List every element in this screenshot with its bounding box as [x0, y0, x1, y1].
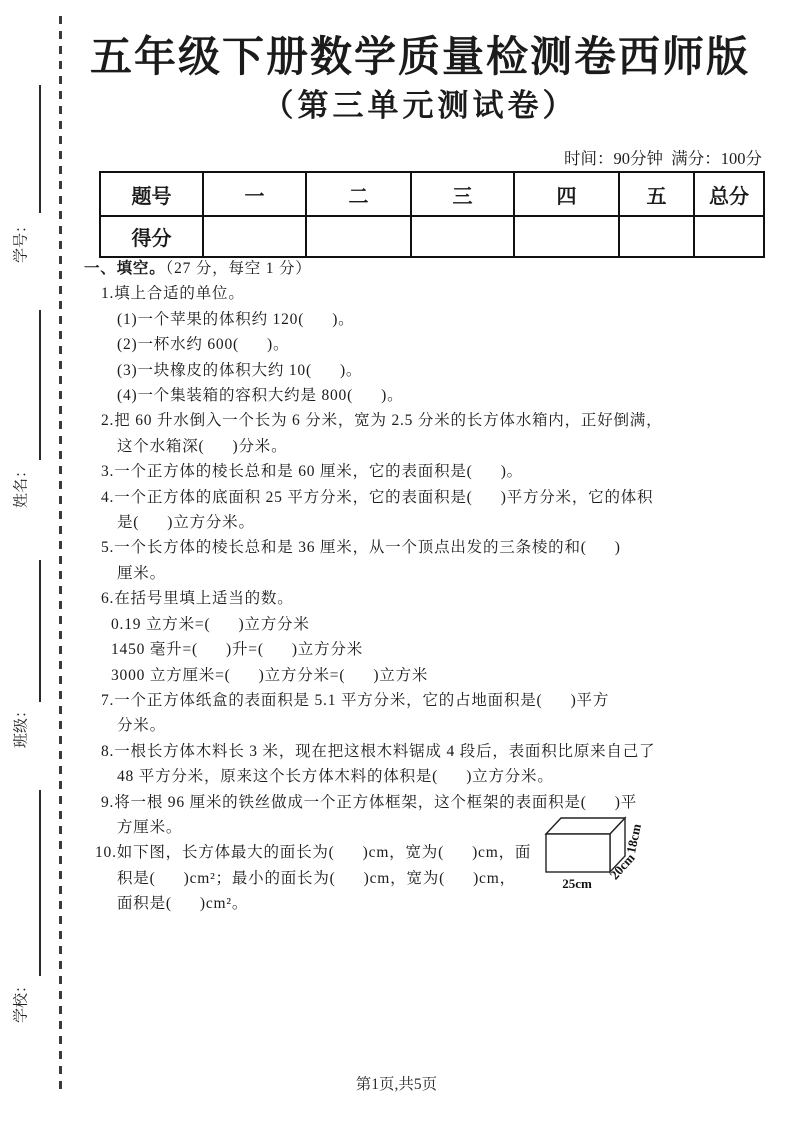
time-and-score-info: 时间：90分钟 满分：100分: [564, 145, 762, 169]
score-row-label: 得分: [100, 216, 203, 257]
text-line: 9.将一根 96 厘米的铁丝做成一个正方体框架，这个框架的表面积是( )平: [101, 790, 779, 815]
text-line: (2)一杯水约 600( )。: [117, 332, 779, 357]
score-cell: [514, 216, 619, 257]
text-line: 厘米。: [117, 561, 779, 586]
class-label: 班级：: [10, 700, 31, 752]
score-cell: [306, 216, 411, 257]
cuboid-front-face: [546, 834, 610, 872]
score-table-header-cell: 题号: [100, 172, 203, 216]
score-cell: [411, 216, 514, 257]
score-table-score-row: 得分: [100, 216, 764, 257]
name-blank-line: [39, 310, 41, 460]
text-line: 积是( )cm²；最小的面长为( )cm，宽为( )cm，: [117, 866, 779, 891]
text-line: (4)一个集装箱的容积大约是 800( )。: [117, 383, 779, 408]
text-line: 4.一个正方体的底面积 25 平方分米，它的表面积是( )平方分米，它的体积: [101, 485, 779, 510]
binding-dashed-line: [59, 16, 62, 1094]
text-line: 方厘米。: [117, 815, 779, 840]
cuboid-length-label: 25cm: [562, 876, 592, 891]
name-label: 姓名：: [10, 460, 31, 512]
text-line: 3000 立方厘米=( )立方分米=( )立方米: [111, 663, 779, 688]
text-line: 0.19 立方米=( )立方分米: [111, 612, 779, 637]
score-cell: [619, 216, 694, 257]
class-blank-line: [39, 560, 41, 702]
text-line: 是( )立方分米。: [117, 510, 779, 535]
page-number: 第1页,共5页: [0, 1072, 793, 1094]
score-table-header-cell: 二: [306, 172, 411, 216]
text-line: 2.把 60 升水倒入一个长为 6 分米，宽为 2.5 分米的长方体水箱内，正好…: [101, 408, 779, 433]
page-subtitle: （第三单元测试卷）: [70, 80, 770, 125]
cuboid-drawing: 25cm 20cm 18cm: [540, 810, 675, 902]
text-line: 7.一个正方体纸盒的表面积是 5.1 平方分米，它的占地面积是( )平方: [101, 688, 779, 713]
score-table: 题号 一 二 三 四 五 总分 得分: [99, 171, 765, 258]
score-table-header-cell: 四: [514, 172, 619, 216]
text-line: 1.填上合适的单位。: [101, 281, 779, 306]
text-line: 8.一根长方体木料长 3 米，现在把这根木料锯成 4 段后，表面积比原来自己了: [101, 739, 779, 764]
student-id-blank-line: [39, 85, 41, 213]
page-title: 五年级下册数学质量检测卷西师版: [70, 24, 770, 84]
score-table-header-cell: 五: [619, 172, 694, 216]
school-label: 学校：: [10, 975, 31, 1027]
score-cell: [694, 216, 764, 257]
score-table-header-cell: 总分: [694, 172, 764, 216]
cuboid-height-label: 18cm: [623, 822, 644, 854]
text-line: 面积是( )cm²。: [117, 891, 779, 916]
text-line: 10.如下图，长方体最大的面长为( )cm，宽为( )cm，面: [95, 840, 779, 865]
text-line: 一、填空。（27 分，每空 1 分）: [84, 256, 779, 281]
text-line: (3)一块橡皮的体积大约 10( )。: [117, 358, 779, 383]
text-line: (1)一个苹果的体积约 120( )。: [117, 307, 779, 332]
score-table-header-cell: 一: [203, 172, 306, 216]
score-cell: [203, 216, 306, 257]
text-line: 6.在括号里填上适当的数。: [101, 586, 779, 611]
text-line: 这个水箱深( )分米。: [117, 434, 779, 459]
text-line: 5.一个长方体的棱长总和是 36 厘米，从一个顶点出发的三条棱的和( ): [101, 535, 779, 560]
cuboid-figure: 25cm 20cm 18cm: [540, 810, 675, 902]
text-line: 48 平方分米，原来这个长方体木料的体积是( )立方分米。: [117, 764, 779, 789]
score-table-header-cell: 三: [411, 172, 514, 216]
student-id-label: 学号：: [10, 215, 31, 267]
score-table-header-row: 题号 一 二 三 四 五 总分: [100, 172, 764, 216]
school-blank-line: [39, 790, 41, 976]
text-line: 1450 毫升=( )升=( )立方分米: [111, 637, 779, 662]
text-line: 分米。: [117, 713, 779, 738]
text-line: 3.一个正方体的棱长总和是 60 厘米，它的表面积是( )。: [101, 459, 779, 484]
